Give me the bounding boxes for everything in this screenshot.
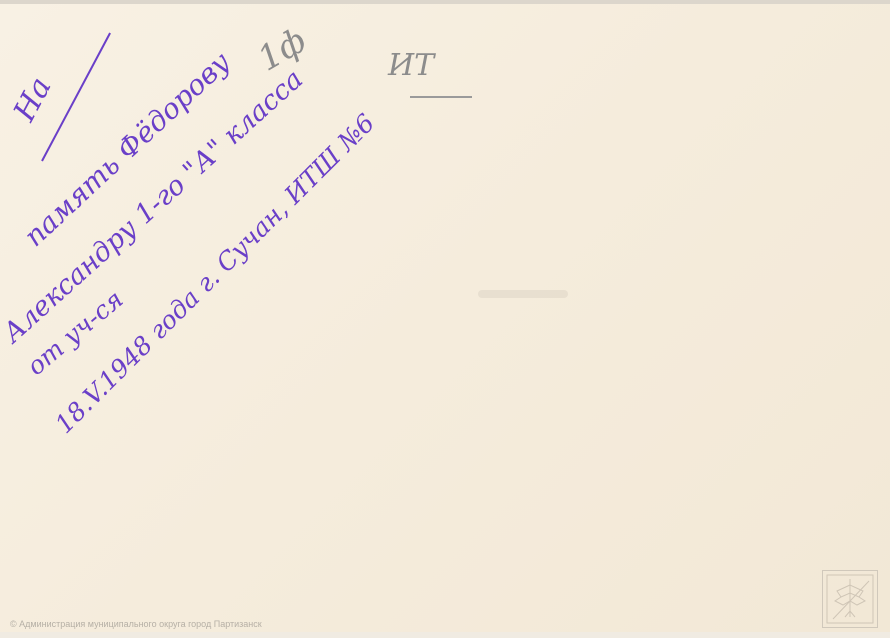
pencil-underline — [410, 96, 472, 98]
photo-back: На память Фёдорову Александру 1-го "А" к… — [0, 0, 890, 638]
faint-stain — [478, 290, 568, 298]
pencil-mark-2: ИТ — [388, 48, 434, 83]
city-emblem-icon — [822, 570, 878, 628]
copyright-watermark: © Администрация муниципального округа го… — [10, 619, 262, 629]
pencil-mark-1: 1ф — [251, 21, 313, 80]
top-edge — [0, 0, 890, 4]
inscription-line-1: На — [7, 72, 59, 127]
bottom-edge — [0, 632, 890, 638]
